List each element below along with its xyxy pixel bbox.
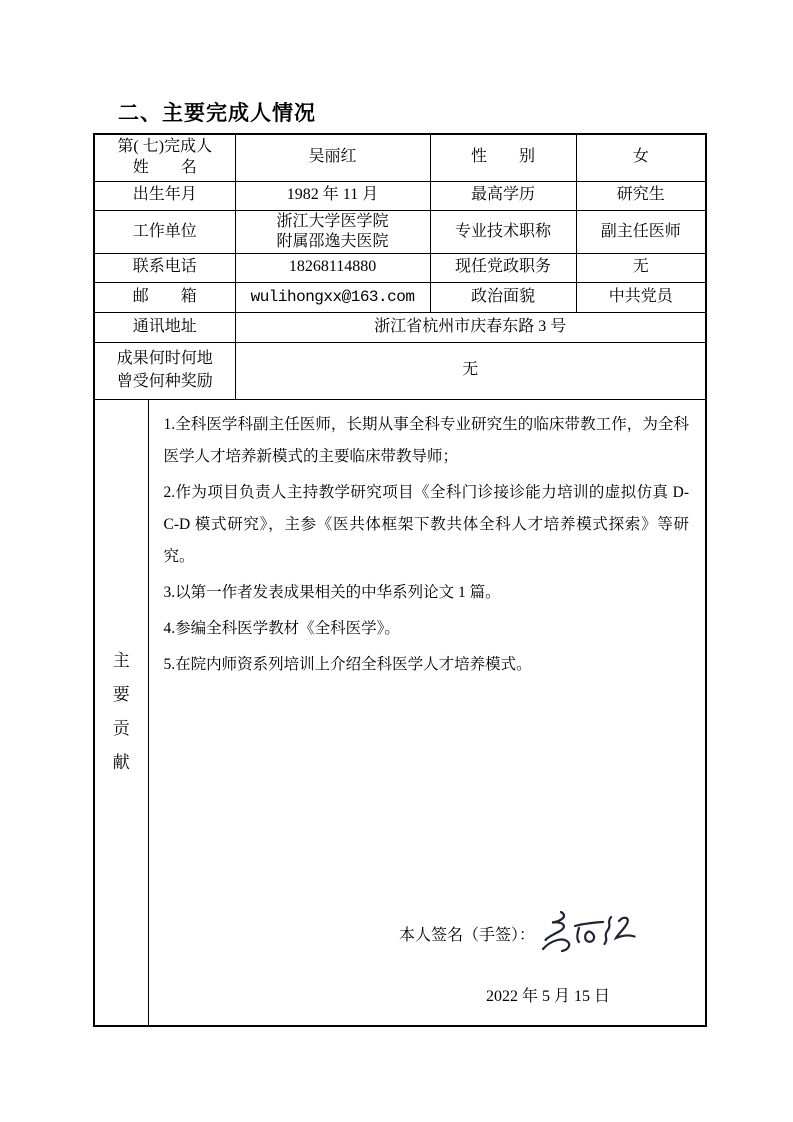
dob-label: 出生年月: [94, 181, 235, 210]
email-label: 邮 箱: [94, 282, 235, 312]
signature-row: 本人签名（手签）：: [399, 905, 689, 969]
education-label: 最高学历: [430, 181, 576, 210]
signature-date: 2022 年 5 月 15 日: [486, 987, 689, 1008]
phone-label: 联系电话: [94, 253, 235, 282]
education-value: 研究生: [576, 181, 706, 210]
professional-title-value: 副主任医师: [576, 210, 706, 253]
email-value: wulihongxx@163.com: [235, 282, 430, 312]
signature-handwriting: [539, 905, 639, 963]
name-label-line1: 第( 七)完成人: [97, 137, 233, 158]
work-unit-label: 工作单位: [94, 210, 235, 253]
address-value: 浙江省杭州市庆春东路 3 号: [235, 312, 706, 342]
name-label: 第( 七)完成人 姓 名: [94, 134, 235, 181]
contribution-item: 5.在院内师资系列培训上介绍全科医学人才培养模式。: [164, 649, 690, 681]
table-row: 联系电话 18268114880 现任党政职务 无: [94, 253, 706, 282]
table-row: 工作单位 浙江大学医学院 附属邵逸夫医院 专业技术职称 副主任医师: [94, 210, 706, 253]
info-table: 第( 七)完成人 姓 名 吴丽红 性 别 女 出生年月 1982 年 11 月 …: [93, 133, 707, 1027]
gender-value: 女: [576, 134, 706, 181]
contribution-label: 主 要 贡 献: [94, 399, 148, 1026]
political-status-label: 政治面貌: [430, 282, 576, 312]
contribution-item: 4.参编全科医学教材《全科医学》。: [164, 613, 690, 645]
contribution-label-char: 贡: [113, 718, 130, 740]
contribution-label-char: 献: [113, 752, 130, 774]
table-row: 出生年月 1982 年 11 月 最高学历 研究生: [94, 181, 706, 210]
table-row: 第( 七)完成人 姓 名 吴丽红 性 别 女: [94, 134, 706, 181]
contribution-label-char: 主: [113, 650, 130, 672]
table-row: 成果何时何地 曾受何种奖励 无: [94, 342, 706, 399]
contribution-content: 1.全科医学科副主任医师，长期从事全科专业研究生的临床带教工作，为全科医学人才培…: [148, 399, 706, 1026]
duty-label: 现任党政职务: [430, 253, 576, 282]
name-value: 吴丽红: [235, 134, 430, 181]
duty-value: 无: [576, 253, 706, 282]
political-status-value: 中共党员: [576, 282, 706, 312]
work-unit-line2: 附属邵逸夫医院: [238, 232, 428, 252]
table-row: 通讯地址 浙江省杭州市庆春东路 3 号: [94, 312, 706, 342]
award-label-line1: 成果何时何地: [97, 348, 233, 370]
contribution-item: 1.全科医学科副主任医师，长期从事全科专业研究生的临床带教工作，为全科医学人才培…: [164, 409, 690, 473]
work-unit-value: 浙江大学医学院 附属邵逸夫医院: [235, 210, 430, 253]
contribution-item: 2.作为项目负责人主持教学研究项目《全科门诊接诊能力培训的虚拟仿真 D-C-D …: [164, 477, 690, 573]
work-unit-line1: 浙江大学医学院: [238, 212, 428, 232]
award-value: 无: [235, 342, 706, 399]
table-row: 主 要 贡 献 1.全科医学科副主任医师，长期从事全科专业研究生的临床带教工作，…: [94, 399, 706, 1026]
name-label-line2: 姓 名: [97, 158, 233, 179]
document-page: 二、主要完成人情况 第( 七)完成人 姓 名 吴丽红 性 别 女 出生年月 19…: [0, 0, 793, 1122]
page-title: 二、主要完成人情况: [118, 97, 316, 127]
gender-label: 性 别: [430, 134, 576, 181]
dob-value: 1982 年 11 月: [235, 181, 430, 210]
award-label: 成果何时何地 曾受何种奖励: [94, 342, 235, 399]
contribution-label-char: 要: [113, 684, 130, 706]
contribution-item: 3.以第一作者发表成果相关的中华系列论文 1 篇。: [164, 577, 690, 609]
award-label-line2: 曾受何种奖励: [97, 371, 233, 393]
phone-value: 18268114880: [235, 253, 430, 282]
address-label: 通讯地址: [94, 312, 235, 342]
signature-label: 本人签名（手签）：: [399, 926, 535, 947]
professional-title-label: 专业技术职称: [430, 210, 576, 253]
table-row: 邮 箱 wulihongxx@163.com 政治面貌 中共党员: [94, 282, 706, 312]
